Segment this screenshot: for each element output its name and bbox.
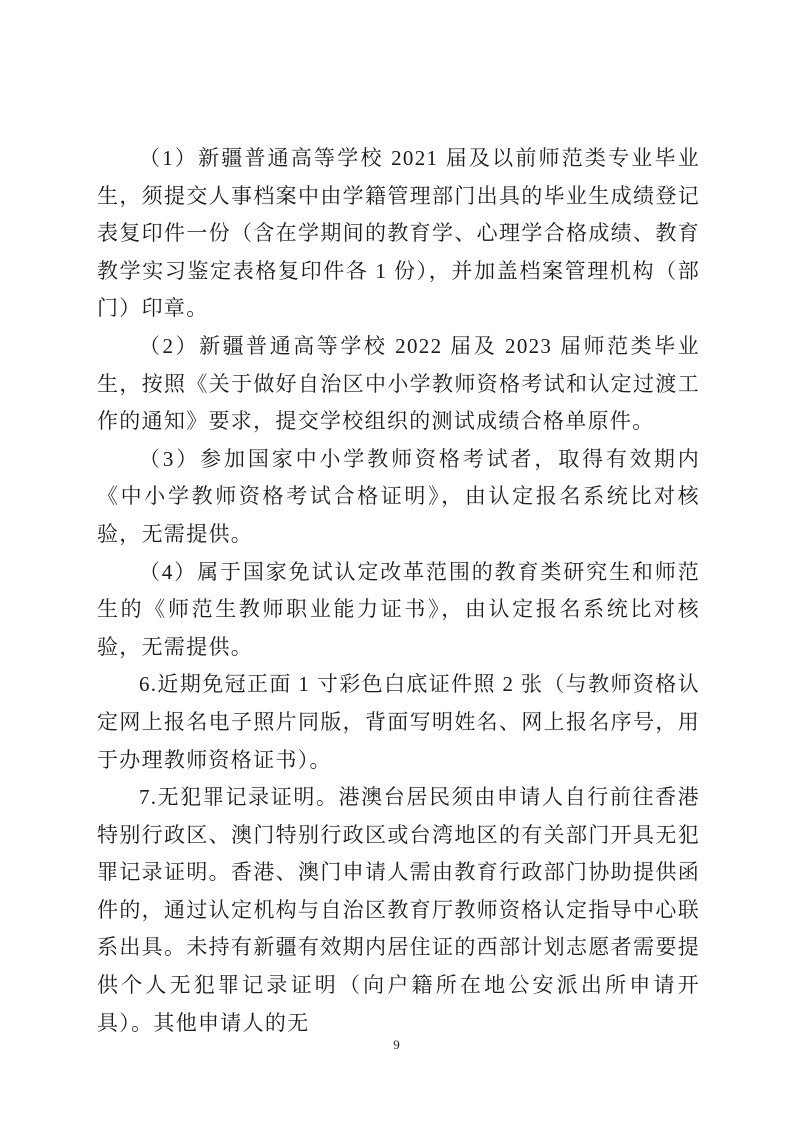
paragraph-6: 7.无犯罪记录证明。港澳台居民须由申请人自行前往香港特别行政区、澳门特别行政区或… (97, 779, 700, 1042)
paragraph-5: 6.近期免冠正面 1 寸彩色白底证件照 2 张（与教师资格认定网上报名电子照片同… (97, 666, 700, 779)
page-number: 9 (0, 1036, 793, 1054)
paragraph-1: （1）新疆普通高等学校 2021 届及以前师范类专业毕业生，须提交人事档案中由学… (97, 140, 700, 328)
paragraph-2: （2）新疆普通高等学校 2022 届及 2023 届师范类毕业生，按照《关于做好… (97, 328, 700, 441)
document-body: （1）新疆普通高等学校 2021 届及以前师范类专业毕业生，须提交人事档案中由学… (97, 140, 700, 1042)
paragraph-4: （4）属于国家免试认定改革范围的教育类研究生和师范生的《师范生教师职业能力证书》… (97, 554, 700, 667)
paragraph-3: （3）参加国家中小学教师资格考试者，取得有效期内《中小学教师资格考试合格证明》，… (97, 441, 700, 554)
document-page: （1）新疆普通高等学校 2021 届及以前师范类专业毕业生，须提交人事档案中由学… (0, 0, 793, 1122)
